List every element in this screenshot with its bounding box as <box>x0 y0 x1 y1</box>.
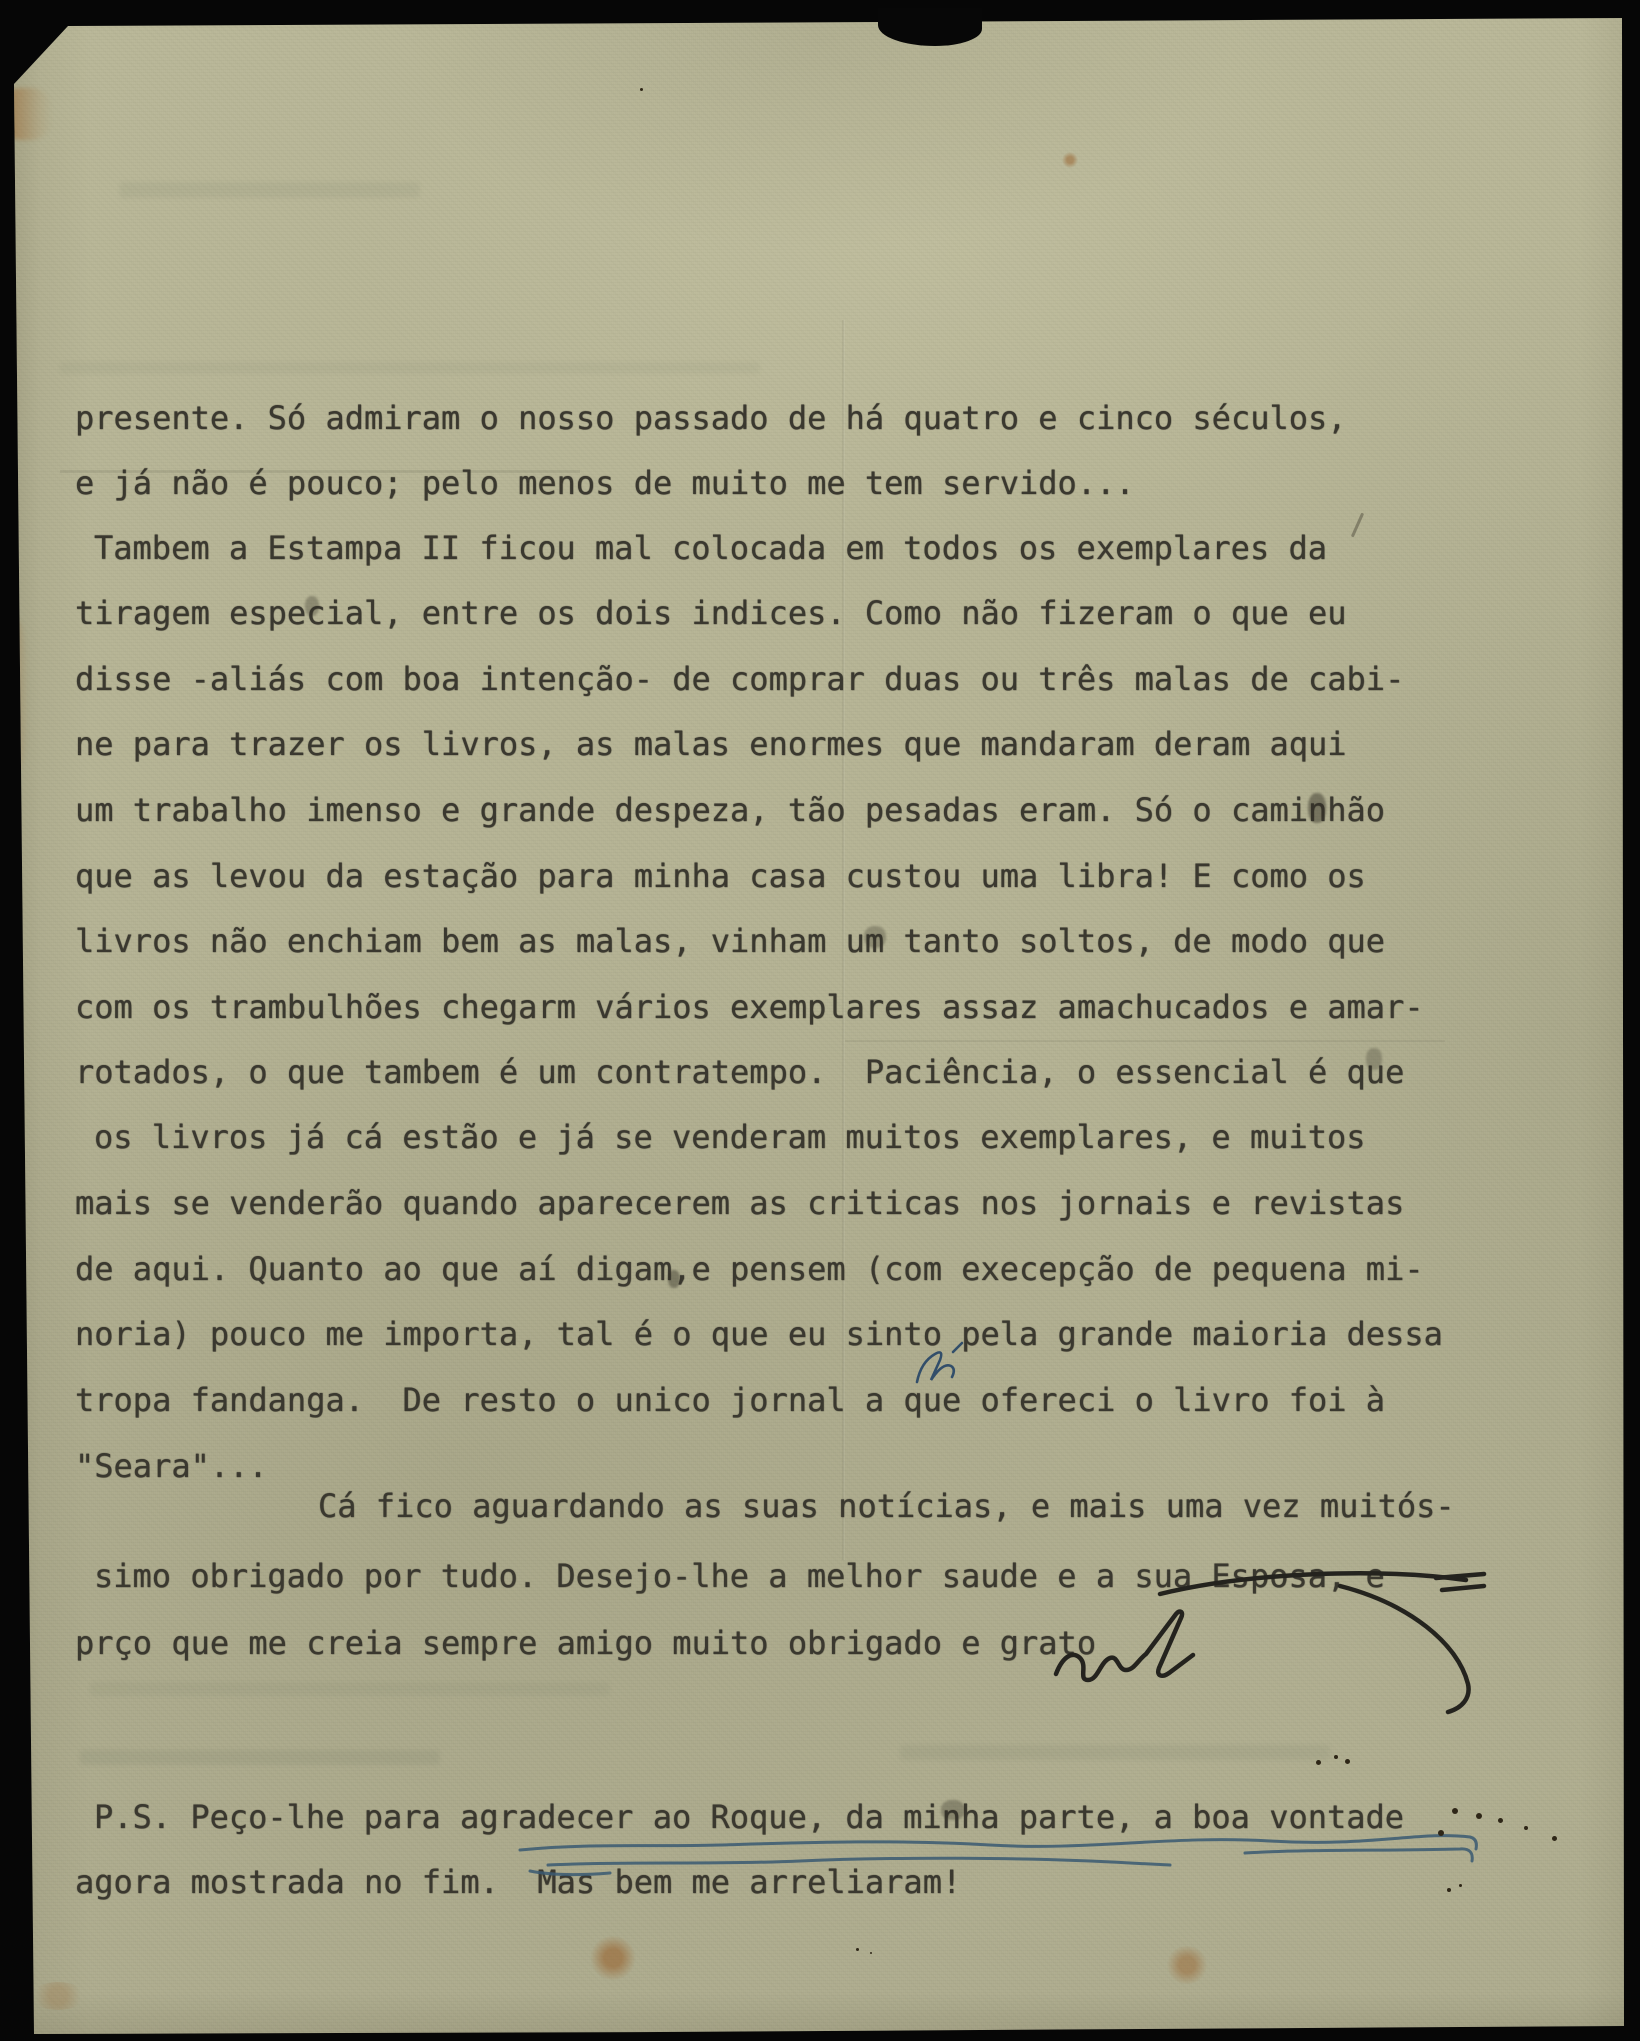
paper-sheet: presente. Só admiram o nosso passado de … <box>0 0 1640 2041</box>
typed-line: e já não é pouco; pelo menos de muito me… <box>75 463 1135 503</box>
typed-line: Cá fico aguardando as suas notícias, e m… <box>318 1486 1455 1526</box>
typed-line: prço que me creia sempre amigo muito obr… <box>75 1623 1096 1663</box>
ink-dot <box>1447 1888 1451 1892</box>
ink-dot <box>1498 1818 1503 1823</box>
ink-dot <box>856 1948 859 1951</box>
horizontal-crease <box>845 1040 1445 1042</box>
ink-dot <box>1524 1826 1528 1830</box>
foxing-stain <box>590 1936 636 1980</box>
typed-line: noria) pouco me importa, tal é o que eu … <box>75 1314 1443 1354</box>
overstrike-mark <box>1366 1048 1382 1070</box>
ink-dot <box>870 1952 872 1954</box>
foxing-stain <box>1166 1946 1208 1984</box>
bleedthrough-text-smear <box>120 182 420 198</box>
ink-dot <box>1459 1884 1462 1887</box>
ink-dot <box>1345 1759 1350 1764</box>
typed-line: os livros já cá estão e já se venderam m… <box>94 1117 1366 1157</box>
edge-stain <box>0 620 28 770</box>
ink-dot <box>1316 1760 1321 1765</box>
overstrike-mark <box>1308 793 1326 823</box>
stray-pencil-tick <box>1351 513 1364 538</box>
edge-stain <box>0 88 52 140</box>
overstrike-mark <box>864 926 886 948</box>
typed-line: com os trambulhões chegarm vários exempl… <box>75 987 1424 1027</box>
signature-flourish <box>1040 1556 1540 1716</box>
ink-dot <box>1452 1808 1458 1814</box>
ink-dot <box>640 88 643 91</box>
scanned-letter-page: presente. Só admiram o nosso passado de … <box>0 0 1640 2041</box>
ink-dot <box>1438 1830 1444 1836</box>
typed-line: livros não enchiam bem as malas, vinham … <box>75 921 1385 961</box>
typed-line: mais se venderão quando aparecerem as cr… <box>75 1183 1404 1223</box>
overstrike-mark <box>305 596 319 616</box>
bleedthrough-text-smear <box>90 1682 610 1696</box>
typed-line: "Seara"... <box>75 1446 268 1486</box>
typed-line: ne para trazer os livros, as malas enorm… <box>75 724 1347 764</box>
bleedthrough-text-smear <box>900 1745 1330 1760</box>
ink-dot <box>1476 1813 1482 1819</box>
blue-underline-mark <box>470 1795 1640 1885</box>
typed-line: tropa fandanga. De resto o unico jornal … <box>75 1380 1385 1420</box>
typed-line: presente. Só admiram o nosso passado de … <box>75 398 1347 438</box>
typed-line: de aqui. Quanto ao que aí digam,e pensem… <box>75 1249 1424 1289</box>
bleedthrough-text-smear <box>80 1750 440 1765</box>
bleedthrough-text-smear <box>60 362 760 374</box>
ink-dot <box>1552 1836 1557 1841</box>
typed-line: tiragem especial, entre os dois indices.… <box>75 593 1347 633</box>
foxing-stain <box>30 1982 86 2010</box>
edge-stain <box>10 1120 22 1164</box>
typed-line: que as levou da estação para minha casa … <box>75 856 1366 896</box>
handwritten-insertion-mark <box>905 1338 975 1390</box>
overstrike-mark <box>668 1270 680 1288</box>
edge-stain <box>0 300 18 430</box>
typed-line: rotados, o que tambem é um contratempo. … <box>75 1052 1404 1092</box>
typed-line: disse -aliás com boa intenção- de compra… <box>75 659 1404 699</box>
typed-line: Tambem a Estampa II ficou mal colocada e… <box>94 528 1327 568</box>
typed-line: um trabalho imenso e grande despeza, tão… <box>75 790 1385 830</box>
ink-dot <box>1334 1755 1338 1759</box>
foxing-stain <box>1062 152 1078 168</box>
